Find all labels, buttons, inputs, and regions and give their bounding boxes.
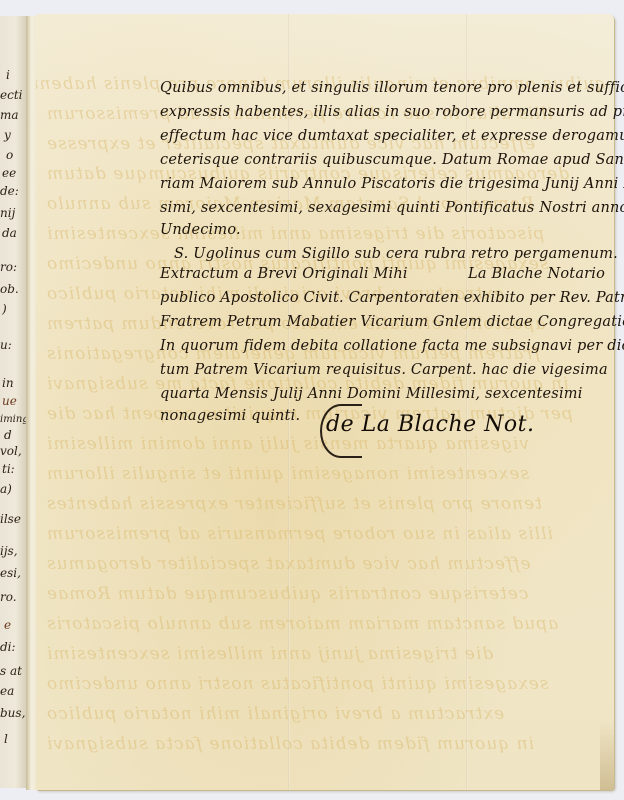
facing-fragment: d (4, 428, 12, 442)
facing-fragment: ee (2, 166, 16, 180)
text-line: quarta Mensis Julij Anni Domini Millesim… (160, 386, 583, 402)
facing-fragment: i (6, 68, 10, 82)
text-line: effectum hac vice dumtaxat specialiter, … (160, 128, 624, 144)
facing-fragment: ea (0, 684, 14, 698)
facing-fragment: l (4, 732, 8, 746)
text-line: tum Patrem Vicarium requisitus. Carpent.… (160, 362, 608, 378)
text-line: S. Ugolinus cum Sigillo sub cera rubra r… (174, 246, 618, 262)
edge-stain (600, 720, 614, 790)
text-line-notary: La Blache Notario (468, 266, 605, 282)
facing-fragment: ob. (0, 282, 19, 296)
facing-fragment: ijs, (0, 544, 18, 558)
text-line: Extractum a Brevi Originali Mihi (160, 266, 408, 282)
text-line: simi, sexcentesimi, sexagesimi quinti Po… (160, 200, 624, 216)
text-line: riam Maiorem sub Annulo Piscatoris die t… (160, 176, 624, 192)
facing-fragment: vol, (0, 444, 22, 458)
facing-fragment: ro. (0, 590, 17, 604)
text-line: Undecimo. (160, 222, 241, 238)
facing-fragment: ) (2, 302, 7, 316)
manuscript-scan: i ecti ma y o ee de: nij da ro: ob. ) u:… (0, 0, 624, 800)
facing-fragment: ti: (2, 462, 15, 476)
facing-fragment: iming (0, 414, 27, 425)
facing-fragment: e (4, 618, 11, 632)
facing-fragment: u: (0, 338, 12, 352)
facing-fragment: a) (0, 482, 12, 496)
text-line: Quibus omnibus, et singulis illorum teno… (160, 80, 624, 96)
text-line: expressis habentes, illis alias in suo r… (160, 104, 624, 120)
text-line: In quorum fidem debita collatione facta … (160, 338, 624, 354)
facing-fragment: o (6, 148, 13, 162)
facing-fragment: esi, (0, 566, 21, 580)
facing-page-strip: i ecti ma y o ee de: nij da ro: ob. ) u:… (0, 16, 27, 788)
facing-fragment: ue (2, 394, 17, 408)
text-line: publico Apostolico Civit. Carpentoraten … (160, 290, 624, 306)
facing-fragment: ilse (0, 512, 21, 526)
facing-fragment: ecti (0, 88, 22, 102)
facing-fragment: da (2, 226, 17, 240)
signature-flourish (320, 404, 362, 458)
facing-fragment: di: (0, 640, 16, 654)
facing-fragment: ro: (0, 260, 17, 274)
text-line: nonagesimi quinti. (160, 408, 300, 424)
text-line: ceterisque contrariis quibuscumque. Datu… (160, 152, 624, 168)
facing-fragment: nij (0, 206, 15, 220)
facing-fragment: in (2, 376, 14, 390)
facing-fragment: ma (0, 108, 19, 122)
facing-fragment: y (4, 128, 11, 142)
text-line: Fratrem Petrum Mabatier Vicarium Gnlem d… (160, 314, 624, 330)
facing-fragment: bus, (0, 706, 25, 720)
notary-signature: de La Blache Not. (326, 412, 534, 437)
facing-fragment: s at (0, 664, 22, 678)
facing-fragment: de: (0, 184, 19, 198)
